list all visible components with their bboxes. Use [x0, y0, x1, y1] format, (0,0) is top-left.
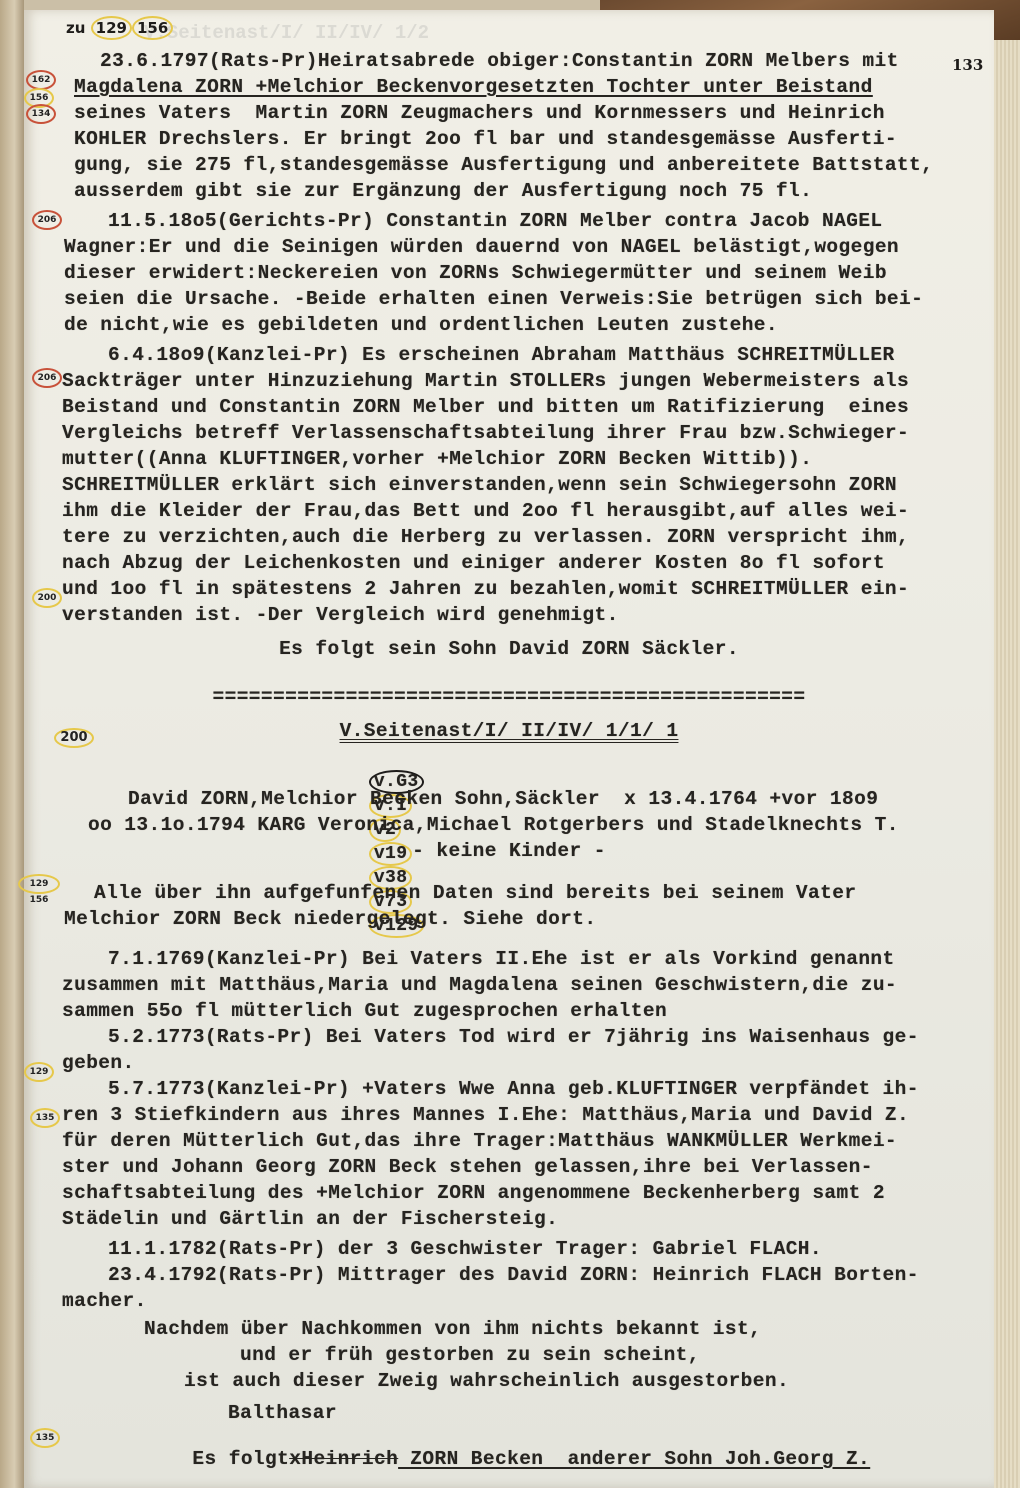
text-line: David ZORN,Melchior Becken Sohn,Säckler … — [128, 788, 878, 810]
text-line: nach Abzug der Leichenkosten und einiger… — [62, 552, 885, 574]
margin-mark: 200 — [32, 588, 62, 608]
text-line: tere zu verzichten,auch die Herberg zu v… — [62, 526, 909, 548]
text-line: macher. — [62, 1290, 147, 1312]
text-line: gung, sie 275 fl,standesgemässe Ausferti… — [74, 154, 933, 176]
ref-circled: 129 — [91, 16, 132, 40]
text-line: 5.2.1773(Rats-Pr) Bei Vaters Tod wird er… — [108, 1026, 919, 1048]
text-line: seien die Ursache. -Beide erhalten einen… — [64, 288, 923, 310]
text-line: ist auch dieser Zweig wahrscheinlich aus… — [184, 1370, 789, 1392]
text-line: ren 3 Stiefkindern aus ihres Mannes I.Eh… — [62, 1104, 909, 1126]
text-line: dieser erwidert:Neckereien von ZORNs Sch… — [64, 262, 887, 284]
text-line: zusammen mit Matthäus,Maria und Magdalen… — [62, 974, 897, 996]
margin-mark: 206 — [32, 210, 62, 230]
text-line: KOHLER Drechslers. Er bringt 2oo fl bar … — [74, 128, 897, 150]
text-line: ihm die Kleider der Frau,das Bett und 2o… — [62, 500, 909, 522]
text-line: Vergleichs betreff Verlassenschaftsabtei… — [62, 422, 909, 444]
follows-heading: Es folgt sein Sohn David ZORN Säckler. — [24, 638, 994, 660]
text-line: schaftsabteilung des +Melchior ZORN ange… — [62, 1182, 885, 1204]
text-line: für deren Mütterlich Gut,das ihre Trager… — [62, 1130, 897, 1152]
margin-mark: 134 — [26, 104, 56, 124]
ref-circled: 156 — [132, 16, 173, 40]
margin-mark: 206 — [32, 368, 62, 388]
follows-footer: Es folgtxHeinrich ZORN Becken anderer So… — [144, 1426, 870, 1488]
text-line: sammen 55o fl mütterlich Gut zugesproche… — [62, 1000, 667, 1022]
page-reference: zu 129156 — [66, 16, 173, 40]
text-line: 23.4.1792(Rats-Pr) Mittrager des David Z… — [108, 1264, 919, 1286]
text-line: Städelin und Gärtlin an der Fischersteig… — [62, 1208, 558, 1230]
text-line: Melchior ZORN Beck niedergelegt. Siehe d… — [64, 908, 596, 930]
margin-mark: 129 156 — [18, 874, 60, 894]
separator-line: ========================================… — [24, 686, 994, 708]
text-line: mutter((Anna KLUFTINGER,vorher +Melchior… — [62, 448, 812, 470]
typewritten-page: V.Seitenast/I/ II/IV/ 1/2 zu 129156 133 … — [24, 10, 994, 1488]
text-line: seines Vaters Martin ZORN Zeugmachers un… — [74, 102, 885, 124]
text-line: Beistand und Constantin ZORN Melber und … — [62, 396, 909, 418]
text-line: 6.4.18o9(Kanzlei-Pr) Es erscheinen Abrah… — [108, 344, 895, 366]
book-binding — [0, 0, 24, 1488]
text-line: verstanden ist. -Der Vergleich wird gene… — [62, 604, 619, 626]
text-line: 11.1.1782(Rats-Pr) der 3 Geschwister Tra… — [108, 1238, 822, 1260]
insertion-above: Balthasar — [228, 1402, 337, 1424]
text-line: ster und Johann Georg ZORN Beck stehen g… — [62, 1156, 873, 1178]
text-fragment: Es folgt — [192, 1448, 289, 1470]
text-fragment: ZORN Becken anderer Sohn Joh.Georg Z. — [398, 1448, 870, 1470]
margin-mark: 162 — [26, 70, 56, 90]
struck-text: xHeinrich — [289, 1448, 398, 1470]
text-line: und 1oo fl in spätestens 2 Jahren zu bez… — [62, 578, 909, 600]
text-line: Magdalena ZORN +Melchior Beckenvorgesetz… — [74, 76, 873, 98]
text-line: Sackträger unter Hinzuziehung Martin STO… — [62, 370, 909, 392]
page-number: 133 — [952, 56, 983, 74]
margin-mark: 135 — [30, 1428, 60, 1448]
text-line: Wagner:Er und die Seinigen würden dauern… — [64, 236, 899, 258]
text-line: Nachdem über Nachkommen von ihm nichts b… — [144, 1318, 761, 1340]
text-line: ausserdem gibt sie zur Ergänzung der Aus… — [74, 180, 812, 202]
text-line: oo 13.1o.1794 KARG Veronica,Michael Rotg… — [88, 814, 899, 836]
no-children-note: - keine Kinder - — [24, 840, 994, 862]
text-line: geben. — [62, 1052, 135, 1074]
bleed-through-header: V.Seitenast/I/ II/IV/ 1/2 — [144, 22, 429, 44]
text-line: 11.5.18o5(Gerichts-Pr) Constantin ZORN M… — [108, 210, 883, 232]
text-line: 5.7.1773(Kanzlei-Pr) +Vaters Wwe Anna ge… — [108, 1078, 919, 1100]
margin-mark: 129 — [24, 1062, 54, 1082]
text-line: SCHREITMÜLLER erklärt sich einverstanden… — [62, 474, 897, 496]
text-line: und er früh gestorben zu sein scheint, — [240, 1344, 700, 1366]
text-line: 23.6.1797(Rats-Pr)Heiratsabrede obiger:C… — [100, 50, 899, 72]
page-stack-edge — [994, 40, 1020, 1488]
text-line: Alle über ihn aufgefunfenen Daten sind b… — [94, 882, 856, 904]
text-line: 7.1.1769(Kanzlei-Pr) Bei Vaters II.Ehe i… — [108, 948, 895, 970]
margin-mark: 135 — [30, 1108, 60, 1128]
section-title: V.Seitenast/I/ II/IV/ 1/1/ 1 — [24, 720, 994, 742]
text-line: de nicht,wie es gebildeten und ordentlic… — [64, 314, 778, 336]
ref-prefix: zu — [66, 19, 85, 37]
